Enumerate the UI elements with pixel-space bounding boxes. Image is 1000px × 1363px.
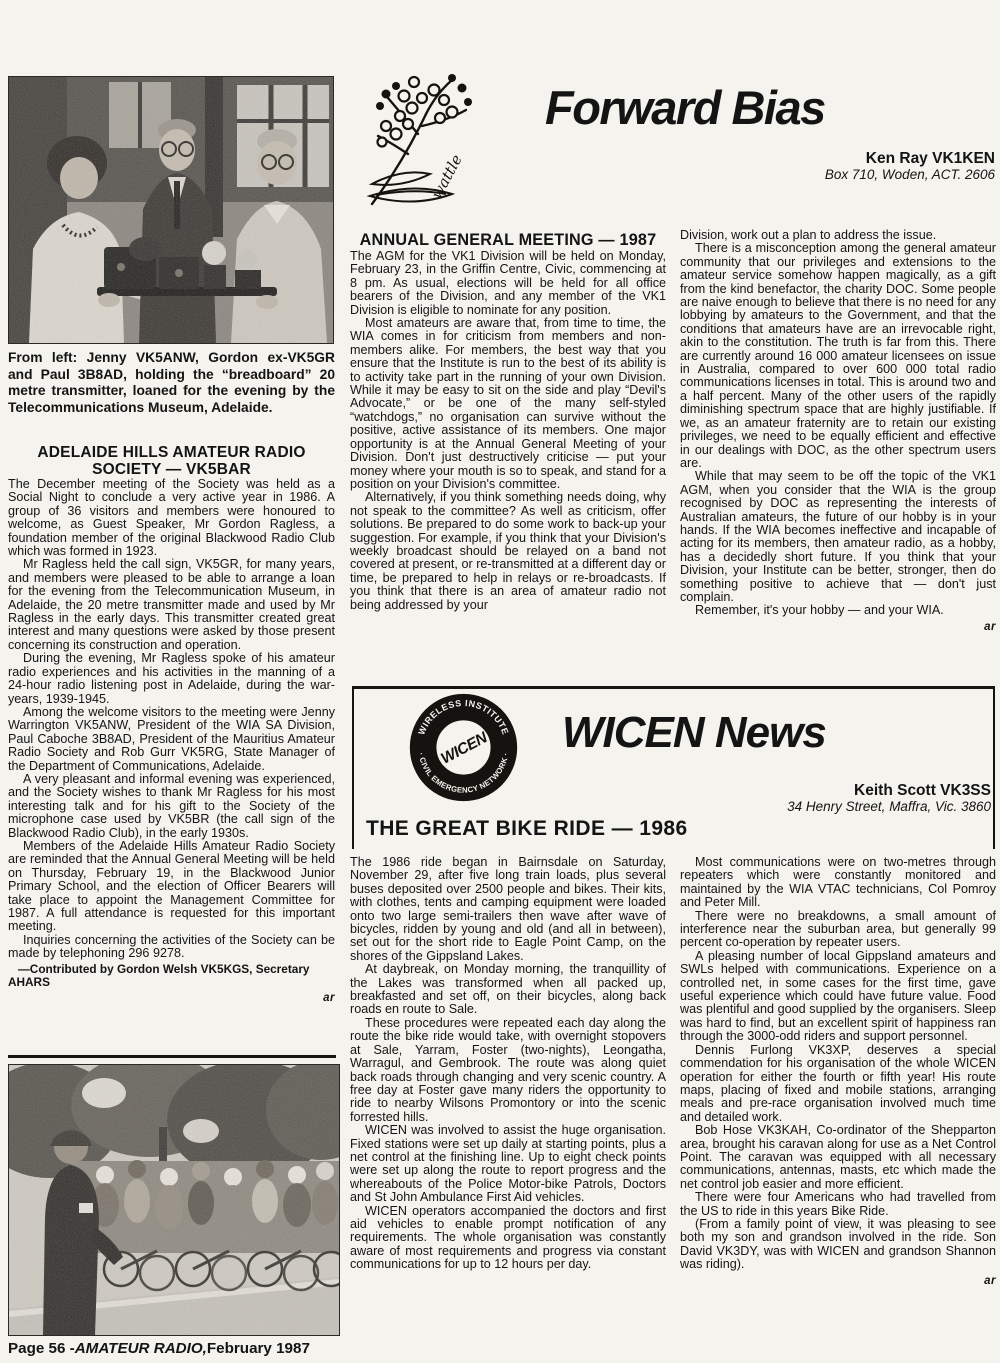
photo-caption: From left: Jenny VK5ANW, Gordon ex-VK5GR… (8, 350, 335, 416)
paragraph: These procedures were repeated each day … (350, 1017, 666, 1124)
ahars-article: The December meeting of the Society was … (8, 478, 335, 1004)
paragraph: (From a family point of view, it was ple… (680, 1218, 996, 1272)
footer-magazine-name: AMATEUR RADIO, (75, 1340, 207, 1357)
paragraph: While that may seem to be off the topic … (680, 470, 996, 604)
wicen-address: 34 Henry Street, Maffra, Vic. 3860 (685, 799, 991, 814)
forward-bias-author: Ken Ray VK1KEN (680, 150, 995, 167)
bike-ride-column-2: Most communications were on two-metres t… (680, 856, 996, 1287)
photo-bike-ride-start (8, 1064, 340, 1336)
wicen-author: Keith Scott VK3SS (685, 782, 991, 799)
paragraph: Most amateurs are aware that, from time … (350, 317, 666, 491)
wicen-news-title: WICEN News (562, 708, 826, 758)
wattle-flower-illustration: wattle (356, 68, 488, 218)
wicen-logo: WIRELESS INSTITUTE · CIVIL EMERGENCY NET… (407, 691, 520, 804)
section-divider (8, 1055, 336, 1058)
paragraph: Most communications were on two-metres t… (680, 856, 996, 910)
paragraph: Division, work out a plan to address the… (680, 229, 996, 242)
forward-bias-title: Forward Bias (545, 80, 825, 135)
footer-date: February 1987 (207, 1340, 310, 1357)
society-heading-line1: ADELAIDE HILLS AMATEUR RADIO (8, 445, 335, 462)
bike-ride-illustration (9, 1065, 339, 1335)
agm-column-2-body: Division, work out a plan to address the… (680, 229, 996, 618)
photo-transmitter-presentation (8, 76, 334, 344)
paragraph: There were four Americans who had travel… (680, 1191, 996, 1218)
paragraph: Members of the Adelaide Hills Amateur Ra… (8, 840, 335, 934)
agm-column-1: The AGM for the VK1 Division will be hel… (350, 250, 666, 612)
paragraph: WICEN operators accompanied the doctors … (350, 1205, 666, 1272)
article-end-mark: ar (680, 621, 996, 633)
ahars-article-body: The December meeting of the Society was … (8, 478, 335, 961)
society-heading-line2: SOCIETY — VK5BAR (8, 462, 335, 479)
paragraph: Bob Hose VK3KAH, Co-ordinator of the She… (680, 1124, 996, 1191)
agm-heading: ANNUAL GENERAL MEETING — 1987 (350, 231, 666, 250)
bike-ride-headline: THE GREAT BIKE RIDE — 1986 (366, 817, 688, 841)
paragraph: Dennis Furlong VK3XP, deserves a special… (680, 1044, 996, 1124)
paragraph: Mr Ragless held the call sign, VK5GR, fo… (8, 558, 335, 652)
contributed-line: —Contributed by Gordon Welsh VK5KGS, Sec… (8, 963, 335, 989)
agm-column-2: Division, work out a plan to address the… (680, 229, 996, 633)
article-end-mark: ar (680, 1275, 996, 1287)
paragraph: During the evening, Mr Ragless spoke of … (8, 652, 335, 706)
paragraph: There is a misconception among the gener… (680, 242, 996, 470)
forward-bias-byline: Ken Ray VK1KEN Box 710, Woden, ACT. 2606 (680, 150, 995, 182)
wicen-byline: Keith Scott VK3SS 34 Henry Street, Maffr… (685, 782, 991, 814)
society-heading: ADELAIDE HILLS AMATEUR RADIO SOCIETY — V… (8, 445, 335, 478)
paragraph: Among the welcome visitors to the meetin… (8, 706, 335, 773)
paragraph: A pleasing number of local Gippsland ama… (680, 950, 996, 1044)
article-end-mark: ar (8, 992, 335, 1004)
paragraph: WICEN was involved to assist the huge or… (350, 1124, 666, 1204)
paragraph: Alternatively, if you think something ne… (350, 491, 666, 612)
wattle-label: wattle (428, 151, 466, 202)
paragraph: A very pleasant and informal evening was… (8, 773, 335, 840)
footer-page-number: Page 56 - (8, 1340, 75, 1357)
paragraph: The December meeting of the Society was … (8, 478, 335, 558)
bike-ride-column-2-body: Most communications were on two-metres t… (680, 856, 996, 1272)
photo-transmitter-illustration (9, 77, 333, 343)
paragraph: The 1986 ride began in Bairnsdale on Sat… (350, 856, 666, 963)
paragraph: There were no breakdowns, a small amount… (680, 910, 996, 950)
paragraph: Remember, it's your hobby — and your WIA… (680, 604, 996, 617)
bike-ride-column-1: The 1986 ride began in Bairnsdale on Sat… (350, 856, 666, 1272)
magazine-page: From left: Jenny VK5ANW, Gordon ex-VK5GR… (0, 0, 1000, 1363)
page-footer: Page 56 -AMATEUR RADIO,February 1987 (8, 1340, 310, 1357)
paragraph: Inquiries concerning the activities of t… (8, 934, 335, 961)
forward-bias-address: Box 710, Woden, ACT. 2606 (680, 167, 995, 182)
paragraph: At daybreak, on Monday morning, the tran… (350, 963, 666, 1017)
paragraph: The AGM for the VK1 Division will be hel… (350, 250, 666, 317)
